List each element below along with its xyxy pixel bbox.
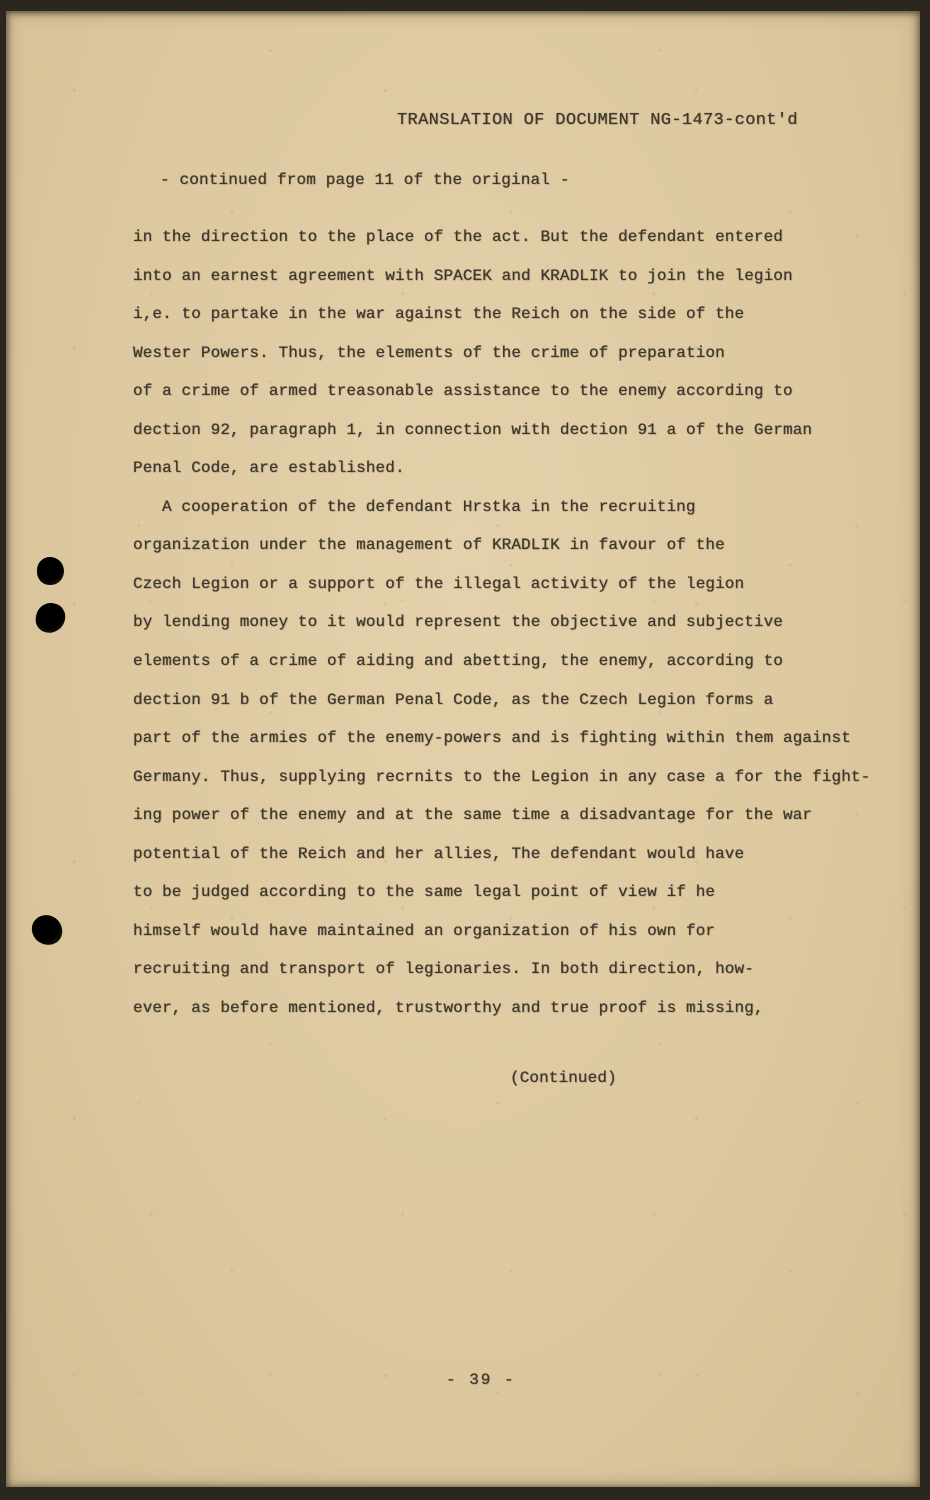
text-line: part of the armies of the enemy-powers a… bbox=[133, 719, 893, 758]
text-line: organization under the management of KRA… bbox=[133, 526, 893, 565]
text-line: Germany. Thus, supplying recrnits to the… bbox=[133, 758, 893, 797]
text-line: elements of a crime of aiding and abetti… bbox=[133, 642, 893, 681]
text-line: ever, as before mentioned, trustworthy a… bbox=[133, 989, 893, 1028]
text-line: potential of the Reich and her allies, T… bbox=[133, 835, 893, 874]
text-line: Czech Legion or a support of the illegal… bbox=[133, 565, 893, 604]
text-line: himself would have maintained an organiz… bbox=[133, 912, 893, 951]
document-body: in the direction to the place of the act… bbox=[133, 218, 893, 1027]
document-title: TRANSLATION OF DOCUMENT NG-1473-cont'd bbox=[397, 111, 798, 130]
text-line: into an earnest agreement with SPACEK an… bbox=[133, 257, 893, 296]
text-line: ing power of the enemy and at the same t… bbox=[133, 796, 893, 835]
hole-punch-icon bbox=[37, 557, 64, 585]
text-line: i,e. to partake in the war against the R… bbox=[133, 295, 893, 334]
page-number: - 39 - bbox=[446, 1371, 516, 1389]
scanned-document-page: TRANSLATION OF DOCUMENT NG-1473-cont'd -… bbox=[0, 0, 930, 1500]
continuation-note: - continued from page 11 of the original… bbox=[160, 171, 570, 189]
text-line: Wester Powers. Thus, the elements of the… bbox=[133, 334, 893, 373]
continued-marker: (Continued) bbox=[510, 1069, 617, 1087]
text-line: dection 91 b of the German Penal Code, a… bbox=[133, 681, 893, 720]
hole-punch-icon bbox=[33, 600, 68, 635]
text-line: A cooperation of the defendant Hrstka in… bbox=[133, 488, 893, 527]
text-line: to be judged according to the same legal… bbox=[133, 873, 893, 912]
hole-punch-icon bbox=[30, 913, 64, 947]
paper-sheet: TRANSLATION OF DOCUMENT NG-1473-cont'd -… bbox=[6, 11, 920, 1487]
text-line: of a crime of armed treasonable assistan… bbox=[133, 372, 893, 411]
text-line: recruiting and transport of legionaries.… bbox=[133, 950, 893, 989]
text-line: Penal Code, are established. bbox=[133, 449, 893, 488]
text-line: by lending money to it would represent t… bbox=[133, 603, 893, 642]
text-line: in the direction to the place of the act… bbox=[133, 218, 893, 257]
text-line: dection 92, paragraph 1, in connection w… bbox=[133, 411, 893, 450]
